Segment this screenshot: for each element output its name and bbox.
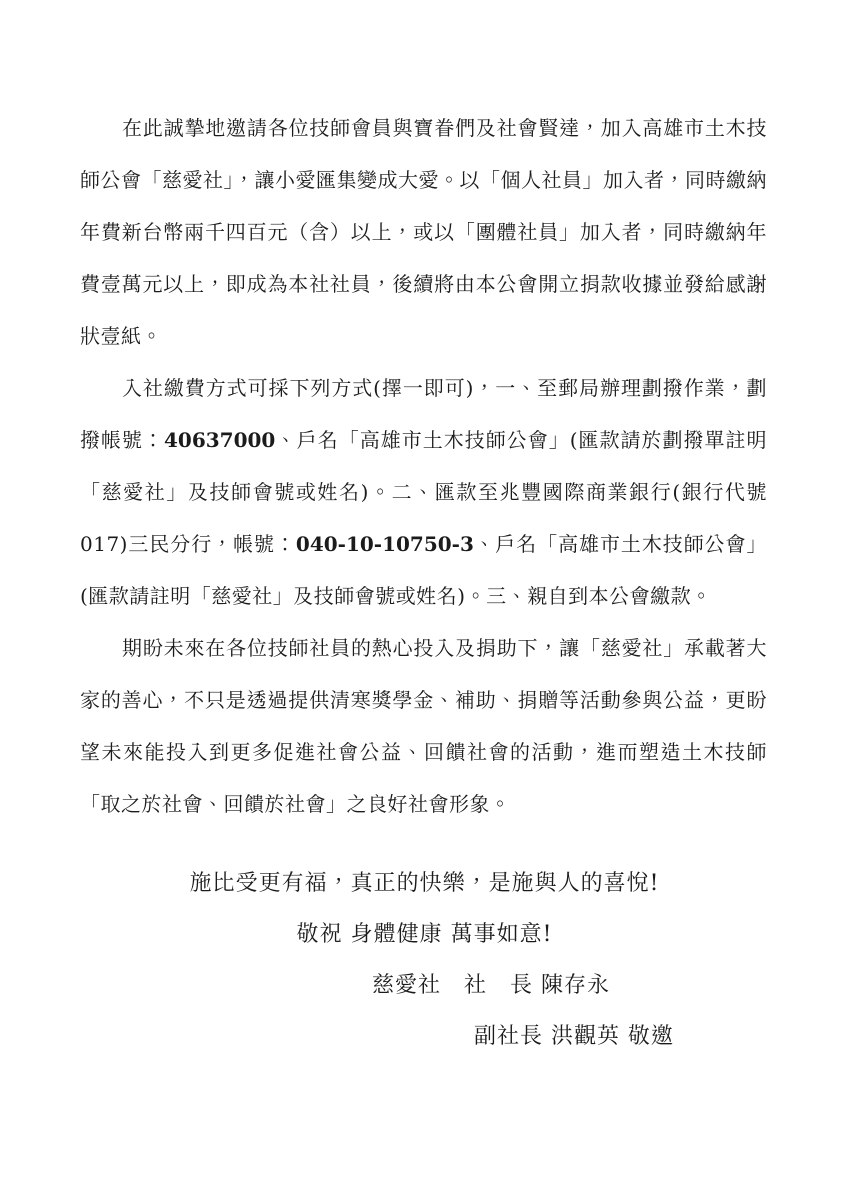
postal-giro-account-number: 40637000: [164, 428, 275, 452]
document-body: 在此誠摯地邀請各位技師會員與寶眷們及社會賢達，加入高雄市土木技師公會「慈愛社」，…: [80, 102, 767, 830]
document-page: 在此誠摯地邀請各位技師會員與寶眷們及社會賢達，加入高雄市土木技師公會「慈愛社」，…: [0, 0, 849, 1200]
closing-block: 施比受更有福，真正的快樂，是施與人的喜悅! 敬祝 身體健康 萬事如意! 慈愛社 …: [0, 858, 849, 1062]
paragraph-invitation: 在此誠摯地邀請各位技師會員與寶眷們及社會賢達，加入高雄市土木技師公會「慈愛社」，…: [80, 102, 767, 362]
paragraph-payment-methods: 入社繳費方式可採下列方式(擇一即可)，一、至郵局辦理劃撥作業，劃撥帳號：4063…: [80, 362, 767, 622]
signature-president: 慈愛社 社 長 陳存永: [0, 960, 849, 1011]
bank-account-number: 040-10-10750-3: [296, 532, 474, 556]
signature-vice-president: 副社長 洪觀英 敬邀: [0, 1011, 849, 1062]
wish-line: 敬祝 身體健康 萬事如意!: [0, 909, 849, 960]
blessing-line: 施比受更有福，真正的快樂，是施與人的喜悅!: [0, 858, 849, 909]
paragraph-outlook-text: 期盼未來在各位技師社員的熱心投入及捐助下，讓「慈愛社」承載著大家的善心，不只是透…: [80, 636, 767, 816]
paragraph-invitation-text: 在此誠摯地邀請各位技師會員與寶眷們及社會賢達，加入高雄市土木技師公會「慈愛社」，…: [80, 116, 767, 348]
paragraph-outlook: 期盼未來在各位技師社員的熱心投入及捐助下，讓「慈愛社」承載著大家的善心，不只是透…: [80, 622, 767, 830]
